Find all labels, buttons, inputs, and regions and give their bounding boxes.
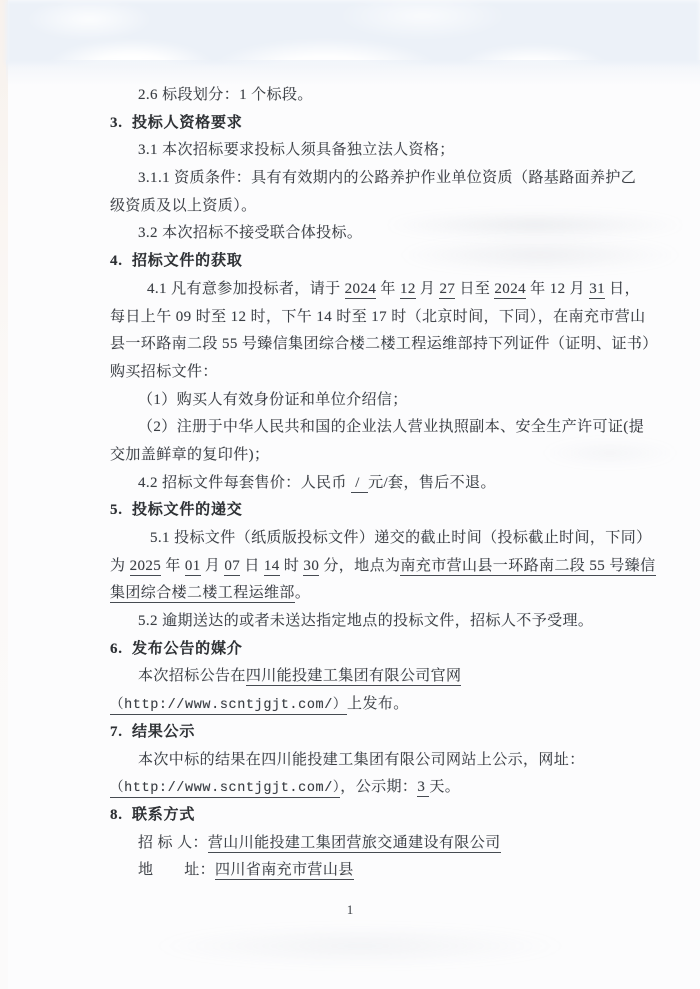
text-run: 月 [201, 558, 225, 574]
underlined-text: 30 [303, 558, 319, 576]
text-run: 4.2 招标文件每套售价：人民币 [138, 475, 351, 491]
text-run: 本次招标公告在 [138, 668, 246, 684]
text-run: 元/套，售后不退。 [368, 475, 496, 491]
text-line: 每日上午 09 时至 12 时，下午 14 时至 17 时（北京时间，下同），在… [110, 304, 630, 332]
text-line: 4.2 招标文件每套售价：人民币 / 元/套，售后不退。 [110, 470, 630, 498]
text-run: 5. 投标文件的递交 [110, 502, 243, 518]
text-run: 地 址： [138, 862, 215, 878]
text-run: 4. 招标文件的获取 [110, 253, 243, 269]
text-line: 为 2025 年 01 月 07 日 14 时 30 分，地点为南充市营山县一环… [110, 553, 630, 581]
section-heading: 6. 发布公告的媒介 [110, 636, 630, 664]
text-run: 级资质及以上资质）。 [110, 198, 257, 214]
text-line: 本次中标的结果在四川能投建工集团有限公司网站上公示，网址： [110, 747, 630, 775]
underlined-text: 四川能投建工集团有限公司官网 [246, 668, 462, 686]
text-line: 购买招标文件： [110, 359, 630, 387]
text-run: 7. 结果公示 [110, 724, 195, 740]
section-heading: 3. 投标人资格要求 [110, 110, 630, 138]
text-run: 交加盖鲜章的复印件)； [110, 447, 269, 463]
text-run: 3.1.1 资质条件：具有有效期内的公路养护作业单位资质（路基路面养护乙 [138, 170, 636, 186]
section-heading: 4. 招标文件的获取 [110, 248, 630, 276]
text-line: （http://www.scntjgjt.com/），公示期：3 天。 [110, 774, 630, 802]
text-run: 日 [240, 558, 264, 574]
underlined-text: 2024 [345, 281, 377, 299]
text-run: 年 [376, 281, 400, 297]
text-run: 年 12 月 [526, 281, 589, 297]
text-run: 日至 [455, 281, 494, 297]
text-run: 每日上午 09 时至 12 时，下午 14 时至 17 时（北京时间，下同），在… [110, 309, 646, 325]
text-run: 本次中标的结果在四川能投建工集团有限公司网站上公示，网址： [138, 752, 585, 768]
text-run: 年 [161, 558, 185, 574]
underlined-text: 集团综合楼二楼工程运维部 [110, 585, 295, 603]
text-line: 交加盖鲜章的复印件)； [110, 442, 630, 470]
text-run: 5.1 投标文件（纸质版投标文件）递交的截止时间（投标截止时间，下同） [150, 530, 652, 546]
text-run: 3.1 本次招标要求投标人须具备独立法人资格； [138, 142, 455, 158]
text-run: 3.2 本次招标不接受联合体投标。 [138, 225, 362, 241]
scan-edge-artifact [0, 0, 8, 989]
text-line: （http://www.scntjgjt.com/）上发布。 [110, 691, 630, 719]
underlined-text: 南充市营山县一环路南二段 55 号臻信 [400, 558, 655, 576]
underlined-text: 01 [185, 558, 201, 576]
text-run: 上发布。 [347, 696, 409, 712]
text-line: 5.1 投标文件（纸质版投标文件）递交的截止时间（投标截止时间，下同） [110, 525, 630, 553]
scan-tint-artifact [6, 0, 700, 64]
underlined-text: 14 [264, 558, 280, 576]
text-run: 5.2 逾期送达的或者未送达指定地点的投标文件，招标人不予受理。 [138, 613, 593, 629]
text-run: 月 [416, 281, 440, 297]
text-line: 级资质及以上资质）。 [110, 193, 630, 221]
text-run: 6. 发布公告的媒介 [110, 641, 243, 657]
underlined-text: 2025 [130, 558, 162, 576]
text-run: （1）购买人有效身份证和单位介绍信； [138, 392, 408, 408]
underlined-text: 07 [224, 558, 240, 576]
text-run: （2）注册于中华人民共和国的企业法人营业执照副本、安全生产许可证(提 [138, 419, 644, 435]
text-run: 招 标 人： [138, 835, 208, 851]
scan-smudge [150, 925, 570, 967]
underlined-text: / [351, 475, 368, 493]
document-body: 2.6 标段划分：1 个标段。3. 投标人资格要求3.1 本次招标要求投标人须具… [110, 82, 630, 885]
text-run: ，公示期： [340, 779, 417, 795]
page-number: 1 [0, 902, 700, 918]
text-line: 招 标 人：营山川能投建工集团营旅交通建设有限公司 [110, 830, 630, 858]
text-run: 4.1 凡有意参加投标者，请于 [147, 281, 345, 297]
text-run: 为 [110, 558, 130, 574]
text-line: 3.2 本次招标不接受联合体投标。 [110, 220, 630, 248]
text-line: 县一环路南二段 55 号臻信集团综合楼二楼工程运维部持下列证件（证明、证书） [110, 331, 630, 359]
text-run: 8. 联系方式 [110, 807, 195, 823]
text-line: （1）购买人有效身份证和单位介绍信； [110, 387, 630, 415]
text-run: 2.6 标段划分：1 个标段。 [138, 87, 313, 103]
section-heading: 7. 结果公示 [110, 719, 630, 747]
underlined-text: 27 [439, 281, 455, 299]
text-run: 日， [605, 281, 640, 297]
underlined-text: 31 [589, 281, 605, 299]
text-line: 3.1.1 资质条件：具有有效期内的公路养护作业单位资质（路基路面养护乙 [110, 165, 630, 193]
text-run: 天。 [429, 779, 460, 795]
url-text: （http://www.scntjgjt.com/） [110, 781, 340, 798]
underlined-text: 2024 [494, 281, 526, 299]
text-line: （2）注册于中华人民共和国的企业法人营业执照副本、安全生产许可证(提 [110, 414, 630, 442]
text-line: 3.1 本次招标要求投标人须具备独立法人资格； [110, 137, 630, 165]
underlined-text: 12 [400, 281, 416, 299]
text-line: 2.6 标段划分：1 个标段。 [110, 82, 630, 110]
text-line: 本次招标公告在四川能投建工集团有限公司官网 [110, 663, 630, 691]
text-run: 。 [295, 585, 310, 601]
text-run: 时 [280, 558, 304, 574]
underlined-text: 营山川能投建工集团营旅交通建设有限公司 [208, 835, 501, 853]
text-line: 地 址：四川省南充市营山县 [110, 857, 630, 885]
underlined-text: 3 [417, 779, 429, 797]
url-text: （http://www.scntjgjt.com/） [110, 698, 347, 715]
underlined-text: 四川省南充市营山县 [215, 862, 354, 880]
text-run: 分，地点为 [319, 558, 400, 574]
text-line: 4.1 凡有意参加投标者，请于 2024 年 12 月 27 日至 2024 年… [110, 276, 630, 304]
text-run: 购买招标文件： [110, 364, 218, 380]
text-line: 5.2 逾期送达的或者未送达指定地点的投标文件，招标人不予受理。 [110, 608, 630, 636]
section-heading: 5. 投标文件的递交 [110, 497, 630, 525]
section-heading: 8. 联系方式 [110, 802, 630, 830]
text-run: 县一环路南二段 55 号臻信集团综合楼二楼工程运维部持下列证件（证明、证书） [110, 336, 658, 352]
text-run: 3. 投标人资格要求 [110, 115, 243, 131]
text-line: 集团综合楼二楼工程运维部。 [110, 580, 630, 608]
